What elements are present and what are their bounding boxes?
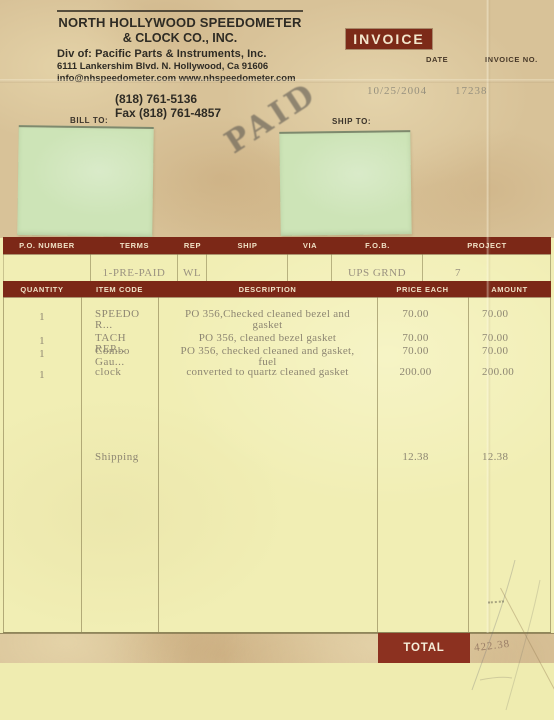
bill-to-label: BILL TO: <box>70 116 108 125</box>
quantity-cell <box>3 452 81 463</box>
item-code-cell: SPEEDO R... <box>81 309 158 331</box>
amount-cell: 70.00 <box>468 346 551 368</box>
rep-header: REP <box>178 241 207 250</box>
amount-cell: 70.00 <box>468 309 551 331</box>
amount-header: AMOUNT <box>468 285 551 294</box>
price-each-cell: 200.00 <box>377 367 468 381</box>
description-header: DESCRIPTION <box>158 285 377 294</box>
horizontal-crease <box>0 79 554 83</box>
terms-header: TERMS <box>91 241 178 250</box>
footer-background <box>0 663 554 720</box>
ship-to-privacy-note <box>279 130 411 236</box>
company-division: Div of: Pacific Parts & Instruments, Inc… <box>57 48 303 60</box>
po-number-value <box>3 254 91 281</box>
invoice-scan: NORTH HOLLYWOOD SPEEDOMETER & CLOCK CO.,… <box>0 0 554 720</box>
invoice-number-value: 17238 <box>455 85 488 97</box>
table-row: 1 SPEEDO R... PO 356,Checked cleaned bez… <box>3 309 551 331</box>
description-cell: converted to quartz cleaned gasket <box>158 367 377 381</box>
via-value <box>288 254 332 281</box>
table-row: 1 clock converted to quartz cleaned gask… <box>3 367 551 381</box>
price-each-cell: 12.38 <box>377 452 468 463</box>
quantity-cell: 1 <box>3 367 81 381</box>
price-each-header: PRICE EACH <box>377 285 468 294</box>
item-code-cell: Combo Gau... <box>81 346 158 368</box>
table-row: Shipping 12.38 12.38 <box>3 452 551 463</box>
amount-cell: 12.38 <box>468 452 551 463</box>
item-code-header: ITEM CODE <box>81 285 158 294</box>
date-value: 10/25/2004 <box>367 85 427 97</box>
vertical-crease <box>486 0 491 633</box>
smudge-mark <box>488 600 504 608</box>
description-cell: PO 356,Checked cleaned bezel and gasket <box>158 309 377 331</box>
table-row: 1 Combo Gau... PO 356, checked cleaned a… <box>3 346 551 368</box>
header-rule <box>57 10 303 12</box>
line-items-table: 1 SPEEDO R... PO 356,Checked cleaned bez… <box>3 297 551 633</box>
ship-header: SHIP <box>207 241 288 250</box>
item-code-cell: Shipping <box>81 452 158 463</box>
terms-value: 1-PRE-PAID <box>91 254 178 281</box>
fob-value: UPS GRND <box>332 254 423 281</box>
quantity-cell: 1 <box>3 346 81 368</box>
order-info-header-row: P.O. NUMBER TERMS REP SHIP VIA F.O.B. PR… <box>3 237 551 254</box>
rep-value: WL <box>178 254 207 281</box>
price-each-cell: 70.00 <box>377 346 468 368</box>
company-name-line2: & CLOCK CO., INC. <box>57 31 303 45</box>
fob-header: F.O.B. <box>332 241 423 250</box>
order-info-data-row: 1-PRE-PAID WL UPS GRND 7 <box>3 254 551 281</box>
line-items-header-row: QUANTITY ITEM CODE DESCRIPTION PRICE EAC… <box>3 281 551 297</box>
po-number-header: P.O. NUMBER <box>3 241 91 250</box>
company-name-line1: NORTH HOLLYWOOD SPEEDOMETER <box>57 15 303 30</box>
via-header: VIA <box>288 241 332 250</box>
price-each-cell: 70.00 <box>377 309 468 331</box>
total-strip <box>0 633 554 663</box>
item-code-cell: clock <box>81 367 158 381</box>
bill-to-privacy-note <box>17 125 154 237</box>
ship-value <box>207 254 288 281</box>
description-cell <box>158 452 377 463</box>
total-label: TOTAL <box>378 633 470 663</box>
date-label: DATE <box>426 55 448 64</box>
amount-cell: 200.00 <box>468 367 551 381</box>
quantity-cell: 1 <box>3 309 81 331</box>
description-cell: PO 356, checked cleaned and gasket, fuel <box>158 346 377 368</box>
quantity-header: QUANTITY <box>3 285 81 294</box>
invoice-title: INVOICE <box>346 29 432 49</box>
ship-to-label: SHIP TO: <box>332 117 371 126</box>
invoice-number-label: INVOICE NO. <box>485 55 538 64</box>
company-address: 6111 Lankershim Blvd. N. Hollywood, Ca 9… <box>57 61 303 72</box>
